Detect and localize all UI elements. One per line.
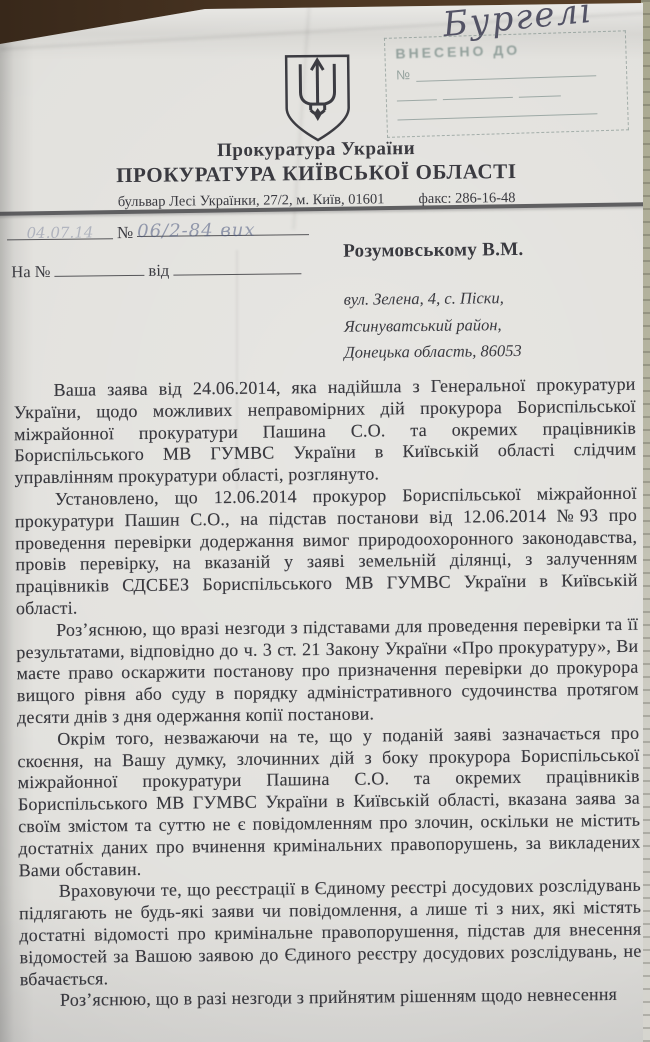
stamp-header: ВНЕСЕНО ДО	[395, 38, 625, 61]
stamp-blank	[397, 101, 597, 120]
paragraph: Враховуючи те, що реєстрації в Єдиному р…	[19, 875, 642, 990]
stamp-number-line: №	[396, 60, 626, 82]
recipient-address: вул. Зелена, 4, с. Піски, Ясинуватський …	[344, 285, 522, 366]
document-content: Бургелі ВНЕСЕНО ДО №	[0, 0, 650, 1042]
stamp-blank	[518, 83, 560, 97]
letter-body: Ваша заява від 24.06.2014, яка надійшла …	[14, 374, 643, 1013]
outgoing-number-blank: 06/2-84 вих	[137, 220, 309, 237]
recipient-address-line: вул. Зелена, 4, с. Піски,	[344, 285, 522, 313]
vid-label: від	[148, 261, 169, 280]
stamp-blank	[442, 85, 512, 100]
incoming-reference-line: На №від	[11, 259, 305, 282]
outgoing-date-blank: 04.07.14	[7, 224, 113, 240]
paragraph: Установлено, що 12.06.2014 прокурор Бори…	[15, 483, 638, 620]
stamp-footer-line	[397, 100, 627, 120]
registration-stamp: ВНЕСЕНО ДО №	[384, 30, 629, 138]
recipient-address-line: Донецька область, 86053	[344, 338, 522, 366]
letterhead: Прокуратура України ПРОКУРАТУРА КИЇВСЬКО…	[0, 0, 635, 3]
handwritten-number: 06/2-84 вих	[137, 219, 309, 242]
ukraine-trident-emblem	[278, 52, 357, 145]
paragraph: Роз’яснюю, що вразі незгоди з підставами…	[16, 613, 639, 728]
document-page: Бургелі ВНЕСЕНО ДО №	[0, 0, 650, 1042]
recipient-address-line: Ясинуватський район,	[344, 311, 522, 339]
handwritten-date: 04.07.14	[7, 223, 113, 242]
recipient-name: Розумовському В.М.	[343, 239, 524, 263]
stamp-no-label: №	[396, 67, 410, 82]
on-no-label: На №	[11, 262, 50, 281]
no-label: №	[117, 223, 133, 242]
org-name-region: ПРОКУРАТУРА КИЇВСЬКОЇ ОБЛАСТІ	[0, 158, 636, 190]
stamp-blank	[416, 63, 596, 82]
paragraph: Окрім того, незважаючи на те, що у подан…	[17, 722, 641, 881]
outgoing-reference-line: 04.07.14№06/2-84 вих	[3, 220, 313, 244]
photo-of-document: Бургелі ВНЕСЕНО ДО №	[0, 0, 650, 1042]
paragraph: Ваша заява від 24.06.2014, яка надійшла …	[14, 374, 637, 489]
stamp-date-line	[397, 81, 627, 101]
stamp-blank	[397, 87, 437, 101]
incoming-number-blank	[54, 261, 144, 277]
incoming-date-blank	[173, 259, 301, 275]
